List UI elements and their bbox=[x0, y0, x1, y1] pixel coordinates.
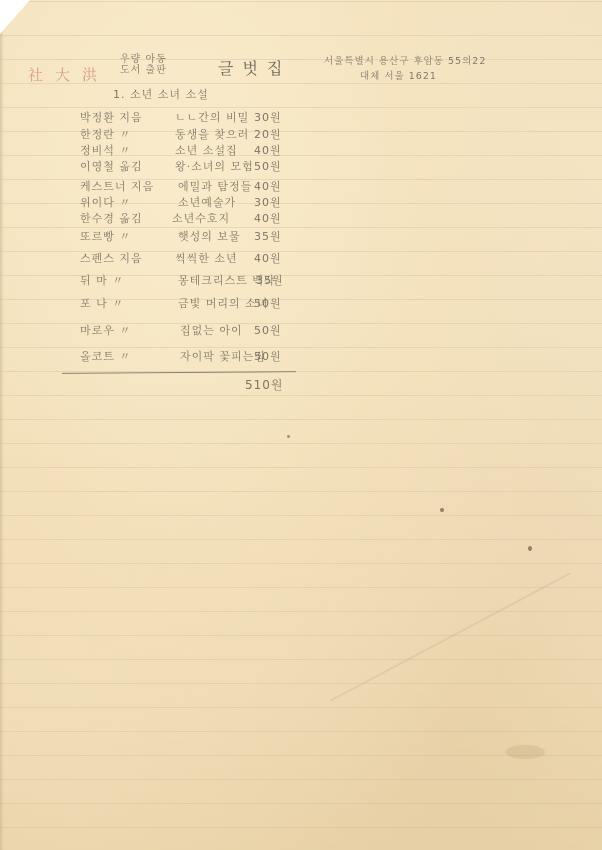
book-author: 이영철 옮김 bbox=[80, 158, 143, 174]
list-item: 마로우 〃집없는 아이50원 bbox=[80, 322, 300, 340]
book-title: 소년 소설집 bbox=[175, 142, 238, 158]
book-author: 포 나 〃 bbox=[80, 295, 124, 311]
book-price: 20원 bbox=[254, 126, 282, 142]
book-title: 자이팍 꽃피는집 bbox=[180, 348, 266, 364]
book-price: 50원 bbox=[254, 322, 282, 338]
speck bbox=[440, 508, 444, 512]
list-item: 스펜스 지음씩씩한 소년40원 bbox=[80, 250, 300, 268]
torn-corner bbox=[0, 0, 30, 34]
book-author: 스펜스 지음 bbox=[80, 250, 143, 266]
publisher-name: 글벗집 bbox=[218, 56, 291, 79]
book-price: 30원 bbox=[254, 109, 282, 125]
list-item: 또르빵 〃햇성의 보물35원 bbox=[80, 228, 300, 246]
book-title: 씩씩한 소년 bbox=[175, 250, 238, 266]
book-price: 40원 bbox=[254, 178, 282, 194]
book-price: 50원 bbox=[254, 348, 282, 364]
book-title: 소년수호지 bbox=[172, 210, 230, 226]
speck bbox=[287, 435, 290, 438]
total-amount: 510원 bbox=[245, 376, 284, 393]
book-author: 마로우 〃 bbox=[80, 322, 131, 338]
book-author: 뒤 마 〃 bbox=[80, 272, 124, 288]
list-item: 박정환 지음ㄴㄴ간의 비밀30원 bbox=[80, 109, 300, 127]
book-author: 박정환 지음 bbox=[80, 109, 143, 125]
book-title: 동생을 찾으러 bbox=[175, 126, 249, 142]
list-item: 뒤 마 〃몽테크리스트 백작35원 bbox=[80, 272, 300, 290]
book-price: 30원 bbox=[254, 194, 282, 210]
book-author: 케스트너 지음 bbox=[80, 178, 154, 194]
book-title: 햇성의 보물 bbox=[178, 228, 241, 244]
paper-edge bbox=[0, 0, 4, 850]
stain bbox=[505, 745, 545, 759]
book-price: 40원 bbox=[254, 142, 282, 158]
book-author: 위이다 〃 bbox=[80, 194, 131, 210]
book-price: 40원 bbox=[254, 250, 282, 266]
book-title: 소년예술가 bbox=[178, 194, 236, 210]
list-item: 이영철 옮김왕·소녀의 모험50원 bbox=[80, 158, 300, 176]
book-author: 한정란 〃 bbox=[80, 126, 131, 142]
book-price: 50원 bbox=[254, 158, 282, 174]
section-heading: 1. 소년 소녀 소설 bbox=[113, 86, 209, 102]
book-price: 35원 bbox=[256, 272, 284, 288]
book-title: 에밀과 탐정들 bbox=[178, 178, 252, 194]
list-item: 포 나 〃금빛 머리의 소녀50원 bbox=[80, 295, 300, 313]
book-title: 왕·소녀의 모험 bbox=[175, 158, 254, 174]
book-author: 또르빵 〃 bbox=[80, 228, 131, 244]
speck bbox=[528, 546, 532, 551]
publisher-label-line2: 도서 출판 bbox=[120, 65, 167, 76]
publisher-label-line1: 우량 아동 bbox=[120, 54, 167, 65]
book-author: 정비석 〃 bbox=[80, 142, 131, 158]
publisher-label: 우량 아동 도서 출판 bbox=[120, 54, 167, 76]
red-stamp: 社大洪 bbox=[28, 64, 109, 85]
book-price: 35원 bbox=[254, 228, 282, 244]
book-author: 올코트 〃 bbox=[80, 348, 131, 364]
address-line1: 서울특별시 용산구 후암동 55의22 bbox=[324, 53, 486, 67]
book-author: 한수경 옮김 bbox=[80, 210, 143, 226]
book-price: 50원 bbox=[254, 295, 282, 311]
book-title: 집없는 아이 bbox=[180, 322, 243, 338]
book-price: 40원 bbox=[254, 210, 282, 226]
book-title: ㄴㄴ간의 비밀 bbox=[175, 109, 249, 125]
list-item: 올코트 〃자이팍 꽃피는집50원 bbox=[80, 348, 300, 366]
list-item: 한수경 옮김소년수호지40원 bbox=[80, 210, 300, 228]
address-line2: 대체 서울 1621 bbox=[360, 68, 437, 82]
